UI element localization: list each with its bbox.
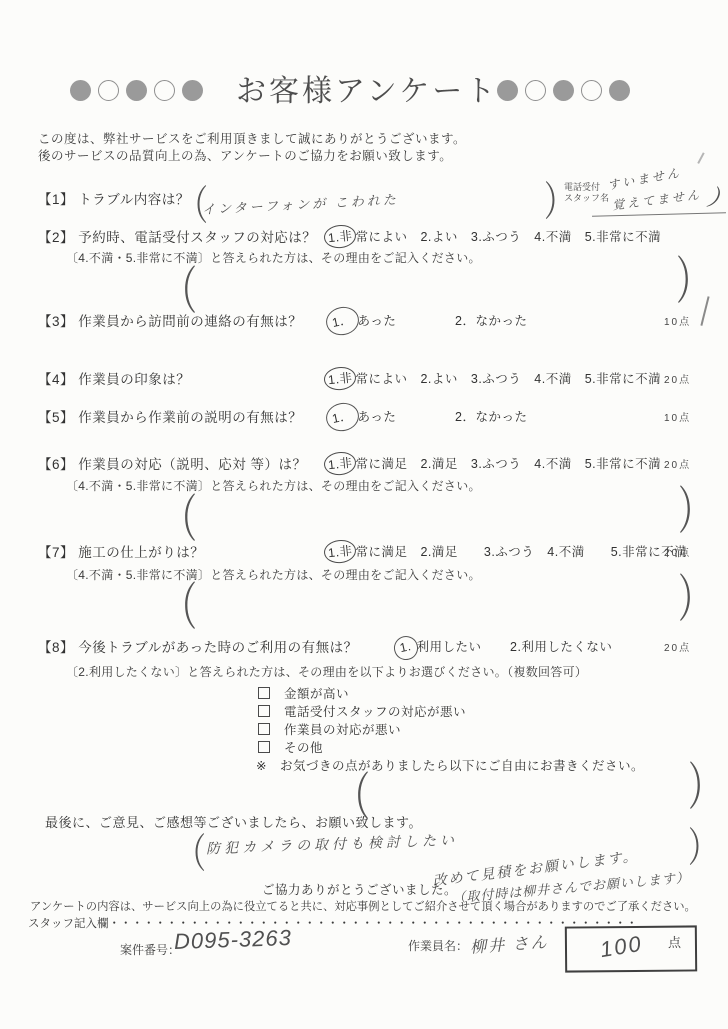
case-number-handwritten: D095-3263 (174, 925, 293, 955)
closing-disclaimer: アンケートの内容は、サービス向上の為に役立てると共に、対応事例としてご紹介させて… (30, 898, 696, 914)
decor-circle-outline-icon (581, 80, 602, 101)
q7-reason-close-paren: ） (678, 558, 712, 632)
q8-score: 20点 (664, 639, 691, 654)
q3-option-2: 2．なかった (455, 311, 527, 329)
q7-reason-open-paren: （ (163, 566, 197, 640)
q7-label: 【7】 施工の仕上がりは？ (38, 541, 204, 561)
q6-reason-note: 〔4.不満・5.非常に不満〕と答えられた方は、その理由をご記入ください。 (66, 477, 481, 494)
q6-score: 20点 (664, 456, 691, 471)
decor-circle-filled-icon (553, 80, 574, 101)
worker-name-label: 作業員名： (408, 937, 468, 954)
decor-circle-filled-icon (609, 80, 630, 101)
q5-score: 10点 (664, 409, 691, 424)
q8-checkbox-row: 金額が高い (258, 684, 349, 702)
q1-label: 【1】 トラブル内容は？ (38, 188, 190, 208)
worker-name-handwritten: 柳井 さん (469, 929, 549, 957)
decor-circle-filled-icon (126, 80, 147, 101)
checkbox-icon (258, 705, 270, 717)
q2-reason-note: 〔4.不満・5.非常に不満〕と答えられた方は、その理由をご記入ください。 (66, 249, 481, 266)
q5-label: 【5】 作業員から作業前の説明の有無は？ (38, 406, 302, 426)
q8-free-close-paren: ） (688, 746, 722, 820)
comment-open-paren: （ (176, 820, 206, 879)
q2-label: 【2】 予約時、電話受付スタッフの対応は？ (38, 226, 316, 246)
q5-option-2: 2．なかった (455, 407, 527, 425)
q3-label: 【3】 作業員から訪問前の連絡の有無は？ (38, 310, 302, 330)
decor-circle-filled-icon (182, 80, 203, 101)
checkbox-icon (258, 687, 270, 699)
intro-line-1: この度は、弊社サービスをご利用頂きまして誠にありがとうございます。 (38, 131, 466, 148)
q2-reason-close-paren: ） (676, 240, 710, 314)
q4-label: 【4】 作業員の印象は？ (38, 368, 190, 388)
phone-staff-label: 電話受付スタッフ名 (564, 182, 609, 204)
q6-options: 1.非常に満足 2.満足 3.ふつう 4.不満 5.非常に不満 (326, 454, 661, 472)
q2-options: 1.非常によい 2.よい 3.ふつう 4.不満 5.非常に不満 (326, 227, 661, 245)
q1-handwritten-answer: インターフォンが こわれた (202, 189, 400, 218)
checkbox-icon (258, 741, 270, 753)
q8-free-note: ※ お気づきの点がありましたら以下にご自由にお書きください。 (256, 756, 644, 774)
q4-score: 20点 (664, 371, 691, 386)
q8-checkbox-row: 作業員の対応が悪い (258, 720, 401, 738)
closing-thanks: ご協力ありがとうございました。 (262, 880, 457, 898)
comment-close-paren: ） (688, 814, 718, 873)
phone-staff-underline (592, 212, 726, 217)
page-title: お客様アンケート (236, 66, 498, 110)
q8-selected-circle: 1. (392, 634, 421, 663)
q3-selected-circle: 1． (323, 304, 362, 338)
q4-selected-circle: 1.非 (323, 365, 358, 391)
decor-circle-outline-icon (98, 80, 119, 101)
q8-checkbox-row: 電話受付スタッフの対応が悪い (258, 702, 466, 720)
intro-line-2: 後のサービスの品質向上の為、アンケートのご協力をお願い致します。 (38, 148, 452, 165)
q7-options: 1.非常に満足 2.満足 3.ふつう 4.不満 5.非常に不満 (326, 542, 687, 560)
q7-score: 20点 (664, 544, 691, 559)
closing-handwritten-comment: 防犯カメラの取付も検討したい (206, 830, 459, 859)
score-unit-label: 点 (668, 932, 681, 951)
decor-circle-filled-icon (497, 80, 518, 101)
decor-circle-outline-icon (154, 80, 175, 101)
q8-reason-note: 〔2.利用したくない〕と答えられた方は、その理由を以下よりお選びください。（複数… (66, 663, 587, 680)
q8-checkbox-row: その他 (258, 738, 323, 756)
checkbox-icon (258, 723, 270, 735)
q6-selected-circle: 1.非 (323, 450, 358, 476)
decor-circle-outline-icon (525, 80, 546, 101)
header-decor-left (70, 80, 210, 101)
q4-options: 1.非常によい 2.よい 3.ふつう 4.不満 5.非常に不満 (326, 369, 661, 387)
q6-label: 【6】 作業員の対応（説明、応対 等）は？ (38, 453, 307, 473)
closing-request: 最後に、ご意見、ご感想等ございましたら、お願い致します。 (45, 812, 422, 831)
q5-selected-circle: 1． (323, 400, 362, 434)
q8-options: 1.利用したい (398, 637, 481, 655)
q6-reason-close-paren: ） (678, 470, 712, 544)
q5-options: 1．あった (330, 407, 396, 425)
case-number-label: 案件番号： (120, 941, 180, 958)
stray-pen-mark (697, 152, 704, 163)
q7-selected-circle: 1.非 (323, 538, 358, 564)
q3-options: 1．あった (330, 311, 396, 329)
q2-selected-circle: 1.非 (323, 223, 358, 249)
q3-score: 10点 (664, 313, 691, 328)
q8-label: 【8】 今後トラブルがあった時のご利用の有無は？ (38, 636, 358, 656)
q7-reason-note: 〔4.不満・5.非常に不満〕と答えられた方は、その理由をご記入ください。 (66, 566, 481, 583)
survey-scan-page: お客様アンケート この度は、弊社サービスをご利用頂きまして誠にありがとうございま… (0, 0, 728, 1029)
decor-circle-filled-icon (70, 80, 91, 101)
header-decor-right (497, 80, 637, 101)
q8-option-2: 2.利用したくない (510, 637, 612, 655)
